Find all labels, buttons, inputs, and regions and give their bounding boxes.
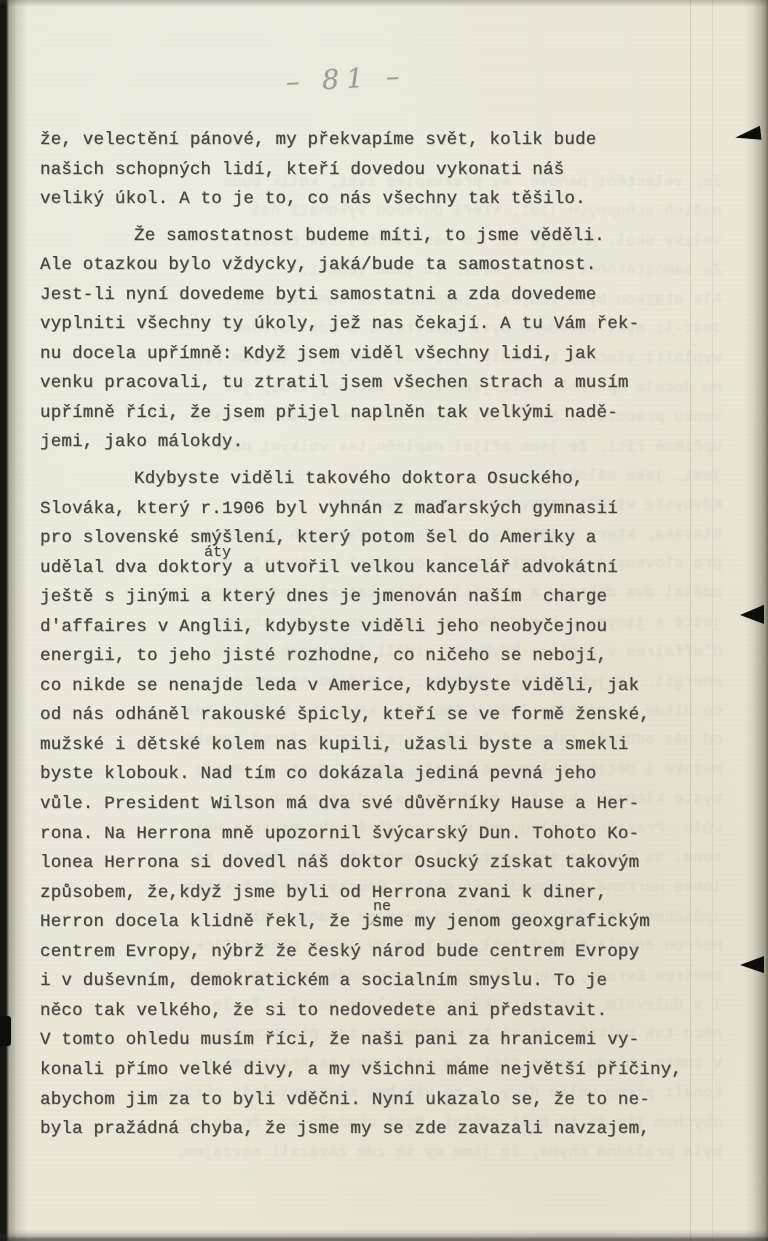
typed-correction-ne: ne bbox=[373, 898, 391, 915]
paper-crease-line-2 bbox=[712, 0, 713, 1241]
typed-line: abychom jim za to byli vděčni. Nyní ukaz… bbox=[40, 1086, 730, 1116]
typed-line: veliký úkol. A to je to, co nás všechny … bbox=[40, 185, 730, 215]
typed-line: našich schopných lidí, kteří dovedou vyk… bbox=[40, 156, 730, 186]
typed-line: rona. Na Herrona mně upozornil švýcarský… bbox=[40, 820, 730, 850]
typed-line: konali přímo velké divy, a my všichni má… bbox=[40, 1056, 730, 1086]
typed-line: vůle. President Wilson má dva své důvěrn… bbox=[40, 790, 730, 820]
typed-line: ještě s jinými a který dnes je jmenován … bbox=[40, 583, 730, 613]
typed-line: Ale otazkou bylo vždycky, jaká/bude ta s… bbox=[40, 251, 730, 281]
typed-line: energii, to jeho jisté rozhodne, co niče… bbox=[40, 642, 730, 672]
typed-line: udělal dva doktory a utvořil velkou kanc… bbox=[40, 554, 730, 584]
typed-line: d'affaires v Anglii, kdybyste viděli jeh… bbox=[40, 613, 730, 643]
typed-line: lonea Herrona si dovedl náš doktor Osuck… bbox=[40, 849, 730, 879]
typed-line: mužské i dětské kolem nas kupili, užasli… bbox=[40, 731, 730, 761]
typed-line: co nikde se nenajde leda v Americe, kdyb… bbox=[40, 672, 730, 702]
typed-line: V tomto ohledu musím říci, že naši pani … bbox=[40, 1026, 730, 1056]
binding-mark-left bbox=[0, 1016, 11, 1046]
typed-line: Kdybyste viděli takového doktora Osuckéh… bbox=[40, 465, 730, 495]
typed-line: byste klobouk. Nad tím co dokázala jedin… bbox=[40, 760, 730, 790]
typed-line: pro slovenské smýšlení, který potom šel … bbox=[40, 524, 730, 554]
typed-line: centrem Evropy, nýbrž že český národ bud… bbox=[40, 938, 730, 968]
typed-line: jemi, jako málokdy. bbox=[40, 428, 730, 458]
typed-line: od nás odháněl rakouské špicly, kteří se… bbox=[40, 701, 730, 731]
typed-text-block: že, velectění pánové, my překvapíme svět… bbox=[40, 126, 730, 1145]
typed-correction-doktoraty: áty bbox=[204, 544, 231, 561]
typed-line: upřímně říci, že jsem přijel naplněn tak… bbox=[40, 399, 730, 429]
scanned-typewritten-page: že, velectění pánové, my překvapíme svět… bbox=[0, 0, 768, 1241]
typed-line: byla pražádná chyba, že jsme my se zde z… bbox=[40, 1115, 730, 1145]
handwritten-page-number: – 81 – bbox=[285, 61, 407, 98]
typed-line: vyplniti všechny ty úkoly, jež nas čekaj… bbox=[40, 310, 730, 340]
typed-line: venku pracovali, tu ztratil jsem všechen… bbox=[40, 369, 730, 399]
typed-line: Slováka, který r.1906 byl vyhnán z maďar… bbox=[40, 495, 730, 525]
scan-edge-top-shadow bbox=[0, 0, 768, 7]
typed-line: i v duševním, demokratickém a socialním … bbox=[40, 967, 730, 997]
typed-line: že, velectění pánové, my překvapíme svět… bbox=[40, 126, 730, 156]
scan-edge-left-shadow bbox=[0, 0, 28, 1241]
scan-edge-bottom-shadow bbox=[0, 1230, 768, 1241]
typed-line: nu docela upřímně: Když jsem viděl všech… bbox=[40, 340, 730, 370]
paper-crease-line bbox=[690, 0, 691, 1241]
typed-line: něco tak velkého, že si to nedovedete an… bbox=[40, 997, 730, 1027]
typed-line: Jest-li nyní dovedeme byti samostatni a … bbox=[40, 281, 730, 311]
typed-line: Že samostatnost budeme míti, to jsme věd… bbox=[40, 222, 730, 252]
